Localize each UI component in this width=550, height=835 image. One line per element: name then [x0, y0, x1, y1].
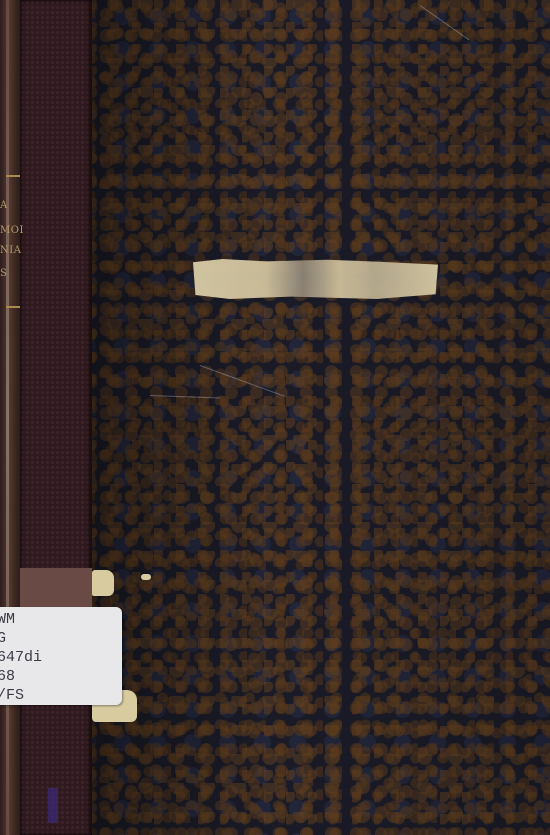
call-number-line: 647di — [0, 648, 42, 667]
spine-title-fragment: MOI — [0, 225, 30, 236]
call-number-line: /FS — [0, 686, 42, 705]
call-number-line: G — [0, 629, 42, 648]
spine-edge — [0, 0, 22, 835]
spine-title-fragment: NIA — [0, 245, 30, 256]
spine-title-fragment: S — [0, 268, 30, 279]
paper-tear — [141, 574, 151, 580]
gilt-rule — [6, 175, 20, 177]
ink-mark — [48, 788, 58, 823]
call-number-label: WM G 647di 68 /FS — [0, 607, 122, 705]
spine-title-fragment: A — [0, 200, 30, 211]
spine-band — [6, 0, 9, 835]
gilt-rule — [6, 306, 20, 308]
call-number-line: WM — [0, 610, 42, 629]
book-cover: A MOI NIA S WM G 647di 68 /FS — [0, 0, 550, 835]
worn-paper-label — [193, 259, 438, 299]
spine-leather — [20, 0, 92, 835]
call-number-line: 68 — [0, 667, 42, 686]
marbled-board — [90, 0, 550, 835]
paper-tear — [92, 570, 114, 596]
spine-label-remnant — [20, 568, 92, 608]
